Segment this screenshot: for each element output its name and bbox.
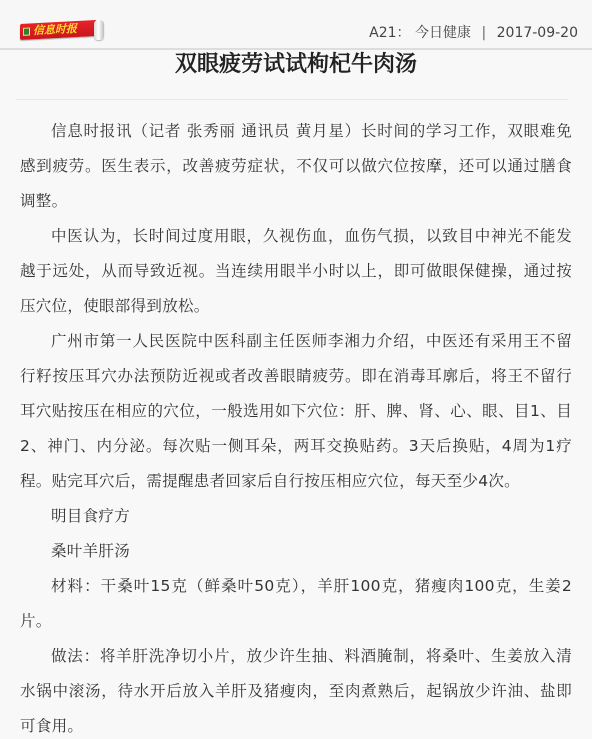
edition-section[interactable]: 今日健康 xyxy=(415,25,471,41)
article-paragraph: 中医认为，长时间过度用眼，久视伤血，血伤气损，以致目中神光不能发越于远处，从而导… xyxy=(20,219,572,324)
recipe-ingredients: 材料：干桑叶15克（鲜桑叶50克），羊肝100克，猪瘦肉100克，生姜2片。 xyxy=(20,569,572,639)
logo-badge-icon xyxy=(23,27,30,35)
newspaper-logo[interactable]: 信息时报 xyxy=(20,20,104,40)
edition-separator: | xyxy=(481,25,486,41)
recipe-section-heading: 明目食疗方 xyxy=(20,499,572,534)
edition-info: A21： 今日健康 | 2017-09-20 xyxy=(369,24,578,42)
edition-date: 2017-09-20 xyxy=(497,25,578,41)
article-title: 双眼疲劳试试枸杞牛肉汤 xyxy=(0,50,592,80)
title-divider xyxy=(16,99,568,100)
article-paragraph: 信息时报讯（记者 张秀丽 通讯员 黄月星）长时间的学习工作，双眼难免感到疲劳。医… xyxy=(20,114,572,219)
newspaper-header: 信息时报 A21： 今日健康 | 2017-09-20 xyxy=(0,0,592,50)
edition-page: A21： xyxy=(369,25,410,41)
logo-banner: 信息时报 xyxy=(20,20,96,40)
recipe-method: 做法：将羊肝洗净切小片，放少许生抽、料酒腌制，将桑叶、生姜放入清水锅中滚汤，待水… xyxy=(20,639,572,739)
logo-text: 信息时报 xyxy=(33,21,77,39)
article-body: 信息时报讯（记者 张秀丽 通讯员 黄月星）长时间的学习工作，双眼难免感到疲劳。医… xyxy=(20,114,572,739)
logo-roll-icon xyxy=(94,20,104,40)
recipe-name: 桑叶羊肝汤 xyxy=(20,534,572,569)
article-paragraph: 广州市第一人民医院中医科副主任医师李湘力介绍，中医还有采用王不留行籽按压耳穴办法… xyxy=(20,324,572,499)
